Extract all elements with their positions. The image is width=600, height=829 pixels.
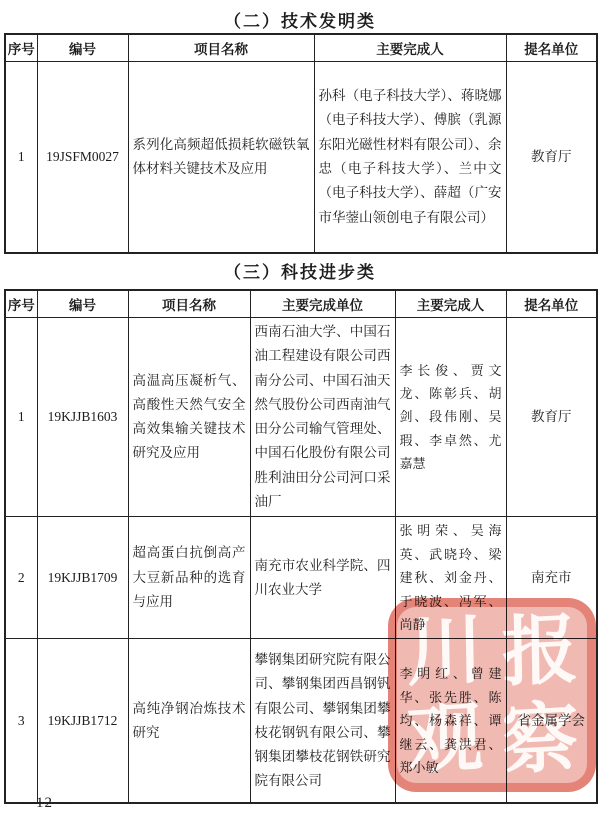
table-row: 3 19KJJB1712 高纯净钢冶炼技术研究 攀钢集团研究院有限公司、攀钢集团… <box>5 639 597 804</box>
page-number: —12 — <box>20 795 74 812</box>
cell-project: 高纯净钢冶炼技术研究 <box>128 639 250 804</box>
col-header-code: 编号 <box>37 290 128 318</box>
col-header-index: 序号 <box>5 290 37 318</box>
col-header-contributors: 主要完成人 <box>314 34 506 62</box>
cell-contributors: 孙科（电子科技大学）、蒋晓娜（电子科技大学）、傅膑（乳源东阳光磁性材料有限公司）… <box>314 62 506 254</box>
cell-project: 高温高压凝析气、高酸性天然气安全高效集输关键技术研究及应用 <box>128 318 250 517</box>
cell-contributors: 张明荣、吴海英、武晓玲、梁建秋、刘金丹、于晓波、冯军、尚静 <box>395 517 506 639</box>
cell-code: 19JSFM0027 <box>37 62 128 254</box>
tech-invention-table: 序号 编号 项目名称 主要完成人 提名单位 1 19JSFM0027 系列化高频… <box>4 33 598 254</box>
col-header-units: 主要完成单位 <box>250 290 395 318</box>
section-tech-invention-title: （二）技术发明类 <box>0 7 600 32</box>
cell-project: 系列化高频超低损耗软磁铁氧体材料关键技术及应用 <box>128 62 314 254</box>
table-row: 1 19JSFM0027 系列化高频超低损耗软磁铁氧体材料关键技术及应用 孙科（… <box>5 62 597 254</box>
table-header-row: 序号 编号 项目名称 主要完成单位 主要完成人 提名单位 <box>5 290 597 318</box>
cell-units: 南充市农业科学院、四川农业大学 <box>250 517 395 639</box>
col-header-project: 项目名称 <box>128 34 314 62</box>
col-header-index: 序号 <box>5 34 37 62</box>
cell-index: 1 <box>5 62 37 254</box>
cell-contributors: 李明红、曾建华、张先胜、陈均、杨森祥、谭继云、龚洪君、郑小敏 <box>395 639 506 804</box>
table-row: 2 19KJJB1709 超高蛋白抗倒高产大豆新品种的选育与应用 南充市农业科学… <box>5 517 597 639</box>
col-header-nominator: 提名单位 <box>506 290 597 318</box>
tech-progress-table: 序号 编号 项目名称 主要完成单位 主要完成人 提名单位 1 19KJJB160… <box>4 289 598 804</box>
col-header-nominator: 提名单位 <box>506 34 597 62</box>
cell-project: 超高蛋白抗倒高产大豆新品种的选育与应用 <box>128 517 250 639</box>
cell-index: 1 <box>5 318 37 517</box>
cell-index: 3 <box>5 639 37 804</box>
cell-nominator: 教育厅 <box>506 62 597 254</box>
cell-nominator: 教育厅 <box>506 318 597 517</box>
table-header-row: 序号 编号 项目名称 主要完成人 提名单位 <box>5 34 597 62</box>
col-header-contributors: 主要完成人 <box>395 290 506 318</box>
section-tech-progress-title: （三）科技进步类 <box>0 258 600 283</box>
cell-code: 19KJJB1712 <box>37 639 128 804</box>
cell-units: 攀钢集团研究院有限公司、攀钢集团西昌钢钒有限公司、攀钢集团攀枝花钢钒有限公司、攀… <box>250 639 395 804</box>
col-header-code: 编号 <box>37 34 128 62</box>
cell-code: 19KJJB1603 <box>37 318 128 517</box>
cell-units: 西南石油大学、中国石油工程建设有限公司西南分公司、中国石油天然气股份公司西南油气… <box>250 318 395 517</box>
table-row: 1 19KJJB1603 高温高压凝析气、高酸性天然气安全高效集输关键技术研究及… <box>5 318 597 517</box>
document-page: （二）技术发明类 序号 编号 项目名称 主要完成人 提名单位 1 19JSFM0… <box>0 0 600 829</box>
cell-index: 2 <box>5 517 37 639</box>
cell-contributors: 李长俊、贾文龙、陈彰兵、胡剑、段伟刚、吴瑕、李卓然、尤嘉慧 <box>395 318 506 517</box>
col-header-project: 项目名称 <box>128 290 250 318</box>
cell-code: 19KJJB1709 <box>37 517 128 639</box>
cell-nominator: 省金属学会 <box>506 639 597 804</box>
cell-nominator: 南充市 <box>506 517 597 639</box>
